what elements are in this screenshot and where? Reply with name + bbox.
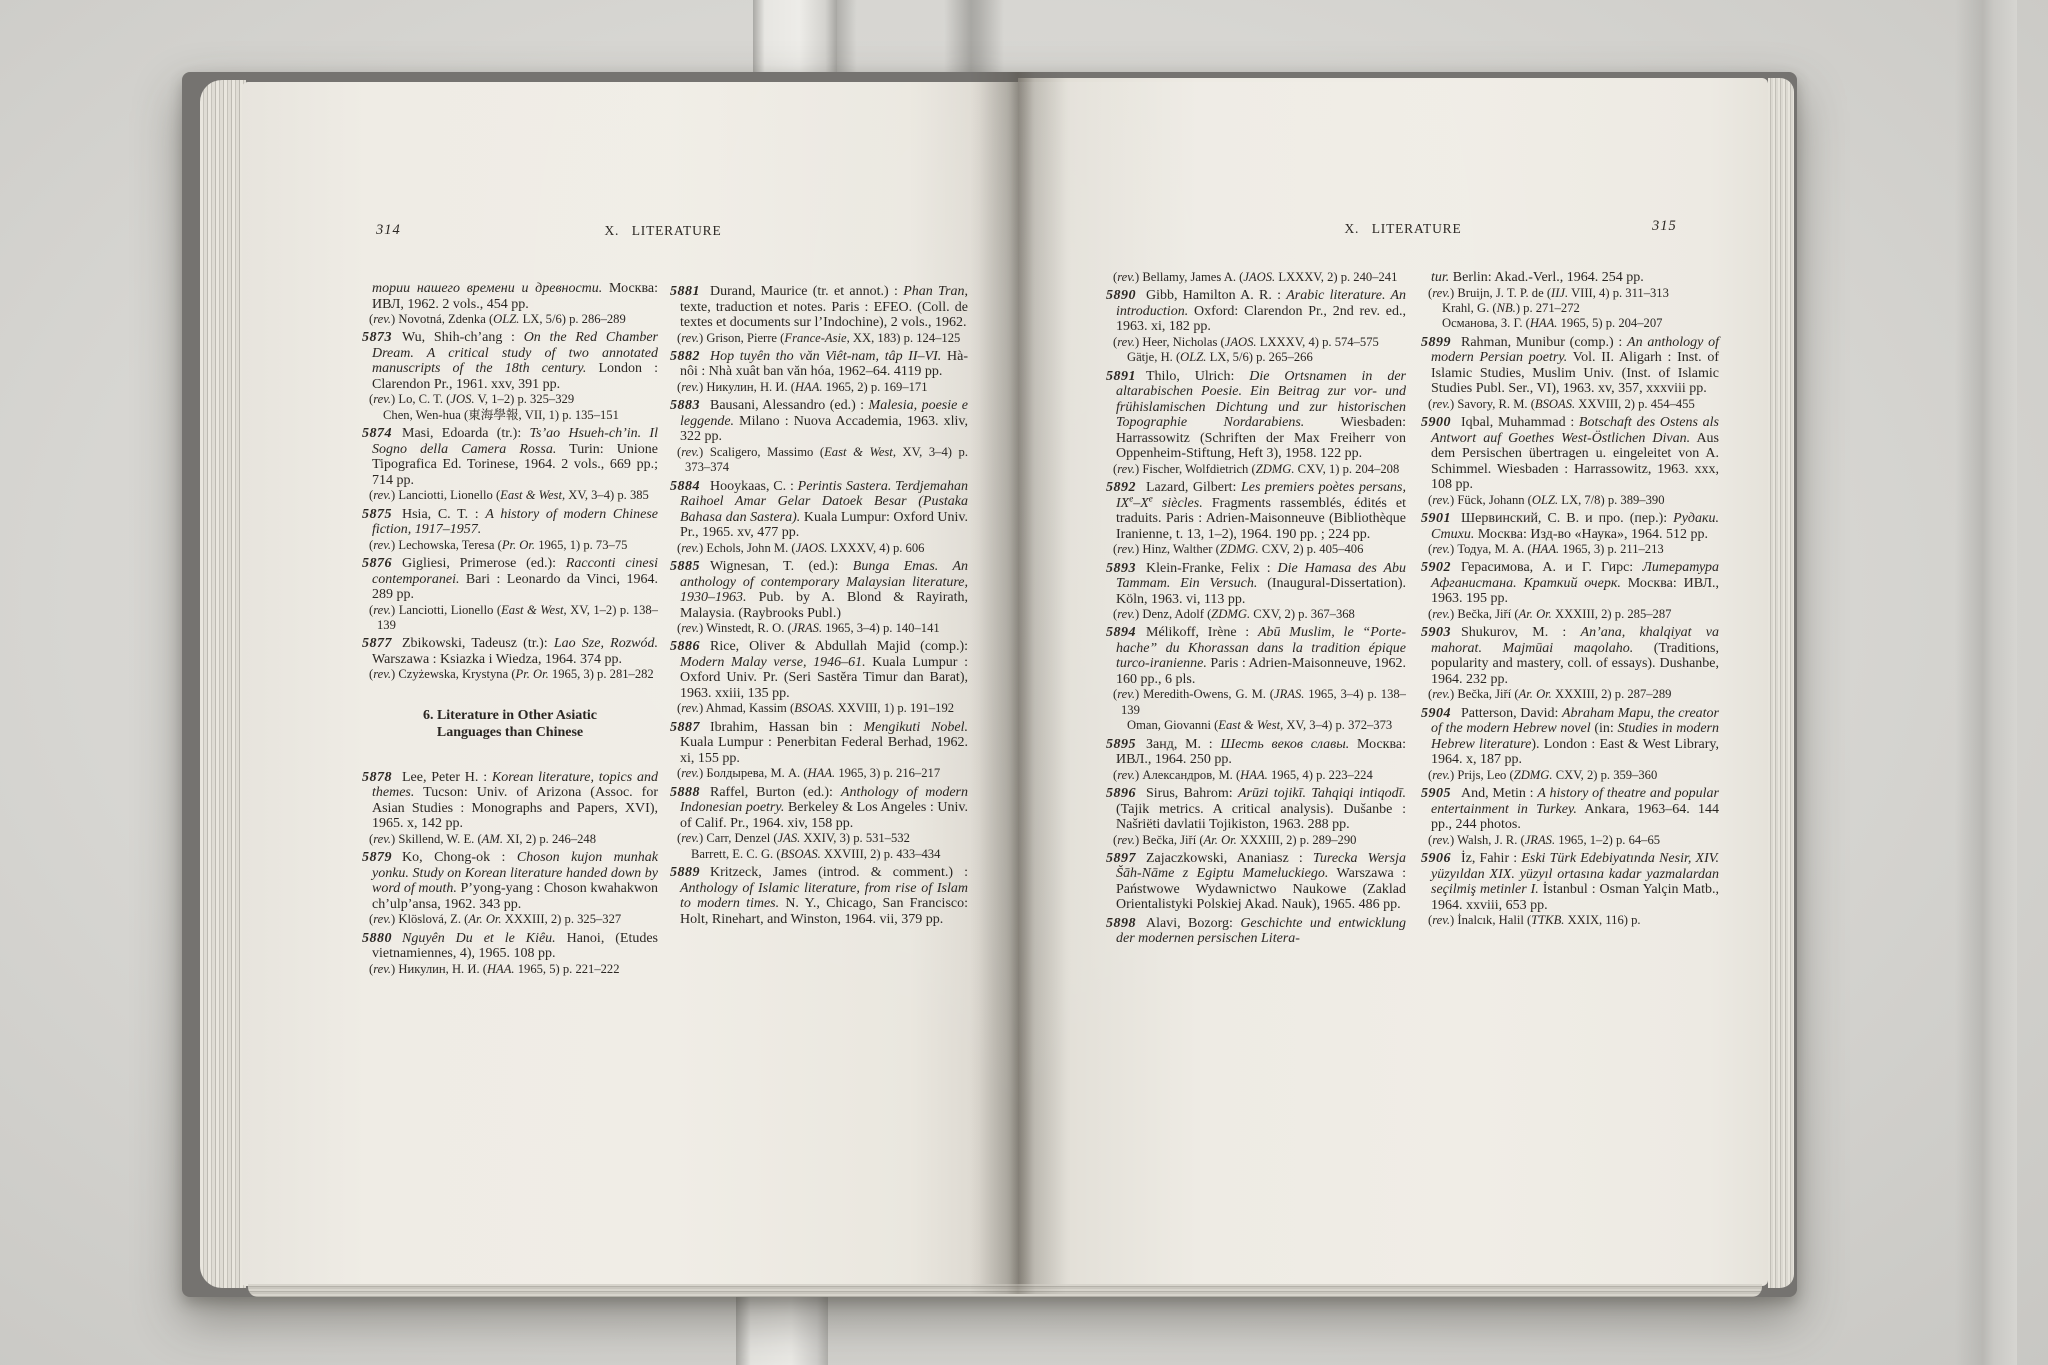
bib-entry: 5900Iqbal, Muhammad : Botschaft des Oste… — [1421, 415, 1719, 493]
review-line: (rev.) Savory, R. M. (BSOAS. XXVIII, 2) … — [1421, 397, 1719, 412]
bib-entry: 5892Lazard, Gilbert: Les premiers poètes… — [1106, 480, 1406, 542]
review-line: Barrett, E. C. G. (BSOAS. XXVIII, 2) p. … — [670, 847, 968, 862]
review-line: (rev.) Lanciotti, Lionello (East & West,… — [362, 603, 658, 634]
right-page-column-2: tur. Berlin: Akad.-Verl., 1964. 254 pp.(… — [1421, 270, 1719, 928]
bib-entry: 5901Шервинский, С. В. и про. (пер.): Руд… — [1421, 511, 1719, 542]
review-line: (rev.) Walsh, J. R. (JRAS. 1965, 1–2) p.… — [1421, 833, 1719, 848]
open-book-photo: 314 X. LITERATURE тории нашего времени и… — [0, 0, 2048, 1365]
entry-number: 5878 — [362, 770, 392, 785]
bib-entry: 5890Gibb, Hamilton A. R. : Arabic litera… — [1106, 288, 1406, 335]
entry-number: 5888 — [670, 785, 700, 800]
bib-entry: 5903Shukurov, M. : An’ana, khalqiyat va … — [1421, 625, 1719, 687]
bib-entry: 5894Mélikoff, Irène : Abū Muslim, le “Po… — [1106, 625, 1406, 687]
bib-entry: 5906İz, Fahir : Eski Türk Edebiyatında N… — [1421, 851, 1719, 913]
left-page-column-1: тории нашего времени и древности. Москва… — [362, 281, 658, 977]
bib-entry: 5874Masi, Edoarda (tr.): Ts’ao Hsueh-ch’… — [362, 426, 658, 488]
entry-number: 5905 — [1421, 786, 1451, 801]
entry-number: 5893 — [1106, 561, 1136, 576]
review-line: (rev.) Fück, Johann (OLZ. LX, 7/8) p. 38… — [1421, 493, 1719, 508]
bib-entry: 5886Rice, Oliver & Abdullah Majid (comp.… — [670, 639, 968, 701]
review-line: Османова, З. Г. (HAA. 1965, 5) p. 204–20… — [1421, 316, 1719, 331]
bib-entry: 5880Nguyên Du et le Kiêu. Hanoi, (Etudes… — [362, 931, 658, 962]
bib-entry: 5875Hsia, C. T. : A history of modern Ch… — [362, 507, 658, 538]
entry-number: 5875 — [362, 507, 392, 522]
bib-entry: 5887Ibrahim, Hassan bin : Mengikuti Nobe… — [670, 720, 968, 767]
review-line: (rev.) Klöslová, Z. (Ar. Or. XXXIII, 2) … — [362, 912, 658, 927]
surface-edge-shadow — [1955, 0, 2017, 1365]
entry-number: 5891 — [1106, 369, 1136, 384]
review-line: Chen, Wen-hua (東海學報, VII, 1) p. 135–151 — [362, 408, 658, 423]
entry-number: 5904 — [1421, 706, 1451, 721]
entry-number: 5902 — [1421, 560, 1451, 575]
entry-number: 5894 — [1106, 625, 1136, 640]
review-line: (rev.) Никулин, Н. И. (HAA. 1965, 5) p. … — [362, 962, 658, 977]
section-heading: 6. Literature in Other AsiaticLanguages … — [362, 707, 658, 742]
bib-entry: 5889Kritzeck, James (introd. & comment.)… — [670, 865, 968, 927]
review-line: (rev.) Lo, C. T. (JOS. V, 1–2) p. 325–32… — [362, 392, 658, 407]
entry-number: 5881 — [670, 284, 700, 299]
bib-entry: 5905And, Metin : A history of theatre an… — [1421, 786, 1719, 833]
bib-entry: 5899Rahman, Munibur (comp.) : An antholo… — [1421, 335, 1719, 397]
page-number-left: 314 — [376, 222, 401, 239]
left-page-edge-stack — [200, 80, 246, 1288]
review-line: (rev.) Никулин, Н. И. (HAA. 1965, 2) p. … — [670, 380, 968, 395]
review-line: (rev.) Bruijn, J. T. P. de (IIJ. VIII, 4… — [1421, 286, 1719, 301]
review-line: (rev.) Denz, Adolf (ZDMG. CXV, 2) p. 367… — [1106, 607, 1406, 622]
entry-number: 5900 — [1421, 415, 1451, 430]
entry-number: 5899 — [1421, 335, 1451, 350]
bib-entry: 5884Hooykaas, C. : Perintis Sastera. Ter… — [670, 479, 968, 541]
bib-entry: 5873Wu, Shih-ch’ang : On the Red Chamber… — [362, 330, 658, 392]
right-page-edge-stack — [1768, 78, 1794, 1288]
review-line: Oman, Giovanni (East & West, XV, 3–4) p.… — [1106, 718, 1406, 733]
review-line: (rev.) Heer, Nicholas (JAOS. LXXXV, 4) p… — [1106, 335, 1406, 350]
review-line: (rev.) Bečka, Jiří (Ar. Or. XXXIII, 2) p… — [1106, 833, 1406, 848]
gutter-shadow — [970, 72, 1066, 1294]
review-line: (rev.) Carr, Denzel (JAS. XXIV, 3) p. 53… — [670, 831, 968, 846]
bib-entry: 5897Zajaczkowski, Ananiasz : Turecka Wer… — [1106, 851, 1406, 913]
review-line: (rev.) Novotná, Zdenka (OLZ. LX, 5/6) p.… — [362, 312, 658, 327]
bib-entry: 5891Thilo, Ulrich: Die Ortsnamen in der … — [1106, 369, 1406, 462]
review-line: (rev.) Lechowska, Teresa (Pr. Or. 1965, … — [362, 538, 658, 553]
review-line: Gätje, H. (OLZ. LX, 5/6) p. 265–266 — [1106, 350, 1406, 365]
entry-number: 5906 — [1421, 851, 1451, 866]
entry-number: 5896 — [1106, 786, 1136, 801]
bib-entry: 5904Patterson, David: Abraham Mapu, the … — [1421, 706, 1719, 768]
entry-number: 5903 — [1421, 625, 1451, 640]
continuation-paragraph: tur. Berlin: Akad.-Verl., 1964. 254 pp. — [1421, 270, 1719, 286]
entry-number: 5898 — [1106, 916, 1136, 931]
review-line: (rev.) İnalcık, Halil (TTKB. XXIX, 116) … — [1421, 913, 1719, 928]
bib-entry: 5881Durand, Maurice (tr. et annot.) : Ph… — [670, 284, 968, 331]
review-line: (rev.) Skillend, W. E. (AM. XI, 2) p. 24… — [362, 832, 658, 847]
entry-number: 5876 — [362, 556, 392, 571]
review-line: (rev.) Meredith-Owens, G. M. (JRAS. 1965… — [1106, 687, 1406, 718]
continuation-paragraph: тории нашего времени и древности. Москва… — [362, 281, 658, 312]
bib-entry: 5888Raffel, Burton (ed.): Anthology of m… — [670, 785, 968, 832]
entry-number: 5895 — [1106, 737, 1136, 752]
review-line: (rev.) Тодуа, М. А. (HAA. 1965, 3) p. 21… — [1421, 542, 1719, 557]
entry-number: 5882 — [670, 349, 700, 364]
entry-number: 5880 — [362, 931, 392, 946]
bib-entry: 5893Klein-Franke, Felix : Die Hamasa des… — [1106, 561, 1406, 608]
bib-entry: 5878Lee, Peter H. : Korean literature, t… — [362, 770, 658, 832]
review-line: Krahl, G. (NB.) p. 271–272 — [1421, 301, 1719, 316]
review-line: (rev.) Prijs, Leo (ZDMG. CXV, 2) p. 359–… — [1421, 768, 1719, 783]
entry-number: 5901 — [1421, 511, 1451, 526]
bib-entry: 5896Sirus, Bahrom: Arūzi tojikī. Tahqiqi… — [1106, 786, 1406, 833]
review-line: (rev.) Echols, John M. (JAOS. LXXXV, 4) … — [670, 541, 968, 556]
entry-number: 5883 — [670, 398, 700, 413]
entry-number: 5886 — [670, 639, 700, 654]
entry-number: 5889 — [670, 865, 700, 880]
right-page-column-1: (rev.) Bellamy, James A. (JAOS. LXXXV, 2… — [1106, 270, 1406, 947]
review-line: (rev.) Hinz, Walther (ZDMG. CXV, 2) p. 4… — [1106, 542, 1406, 557]
entry-number: 5874 — [362, 426, 392, 441]
review-line: (rev.) Fischer, Wolfdietrich (ZDMG. CXV,… — [1106, 462, 1406, 477]
review-line: (rev.) Bečka, Jiří (Ar. Or. XXXIII, 2) p… — [1421, 607, 1719, 622]
entry-number: 5884 — [670, 479, 700, 494]
review-line: (rev.) Grison, Pierre (France-Asie, XX, … — [670, 331, 968, 346]
bib-entry: 5877Zbikowski, Tadeusz (tr.): Lao Sze, R… — [362, 636, 658, 667]
running-header-right: X. LITERATURE — [1293, 221, 1513, 237]
entry-number: 5879 — [362, 850, 392, 865]
review-line: (rev.) Czyżewska, Krystyna (Pr. Or. 1965… — [362, 667, 658, 682]
entry-number: 5890 — [1106, 288, 1136, 303]
bib-entry: 5902Герасимова, А. и Г. Гирс: Литература… — [1421, 560, 1719, 607]
bib-entry: 5885Wignesan, T. (ed.): Bunga Emas. An a… — [670, 559, 968, 621]
left-page-column-2: 5881Durand, Maurice (tr. et annot.) : Ph… — [670, 281, 968, 927]
entry-number: 5873 — [362, 330, 392, 345]
review-line: (rev.) Ahmad, Kassim (BSOAS. XXVIII, 1) … — [670, 701, 968, 716]
bib-entry: 5895Занд, М. : Шесть веков славы. Москва… — [1106, 737, 1406, 768]
review-line: (rev.) Bečka, Jiří (Ar. Or. XXXIII, 2) p… — [1421, 687, 1719, 702]
review-line: (rev.) Scaligero, Massimo (East & West, … — [670, 445, 968, 476]
review-line: (rev.) Болдырева, М. А. (HAA. 1965, 3) p… — [670, 766, 968, 781]
bib-entry: 5883Bausani, Alessandro (ed.) : Malesia,… — [670, 398, 968, 445]
entry-number: 5885 — [670, 559, 700, 574]
page-number-right: 315 — [1652, 218, 1677, 235]
entry-number: 5887 — [670, 720, 700, 735]
bib-entry: 5879Ko, Chong-ok : Choson kujon munhak y… — [362, 850, 658, 912]
bib-entry: 5882Hop tuyên tho văn Viêt-nam, tâp II–V… — [670, 349, 968, 380]
review-line: (rev.) Александров, М. (HAA. 1965, 4) p.… — [1106, 768, 1406, 783]
review-line: (rev.) Bellamy, James A. (JAOS. LXXXV, 2… — [1106, 270, 1406, 285]
review-line: (rev.) Winstedt, R. O. (JRAS. 1965, 3–4)… — [670, 621, 968, 636]
bib-entry: 5898Alavi, Bozorg: Geschichte und entwic… — [1106, 916, 1406, 947]
running-header-left: X. LITERATURE — [558, 223, 768, 239]
bib-entry: 5876Gigliesi, Primerose (ed.): Racconti … — [362, 556, 658, 603]
review-line: (rev.) Lanciotti, Lionello (East & West,… — [362, 488, 658, 503]
entry-number: 5897 — [1106, 851, 1136, 866]
entry-number: 5877 — [362, 636, 392, 651]
